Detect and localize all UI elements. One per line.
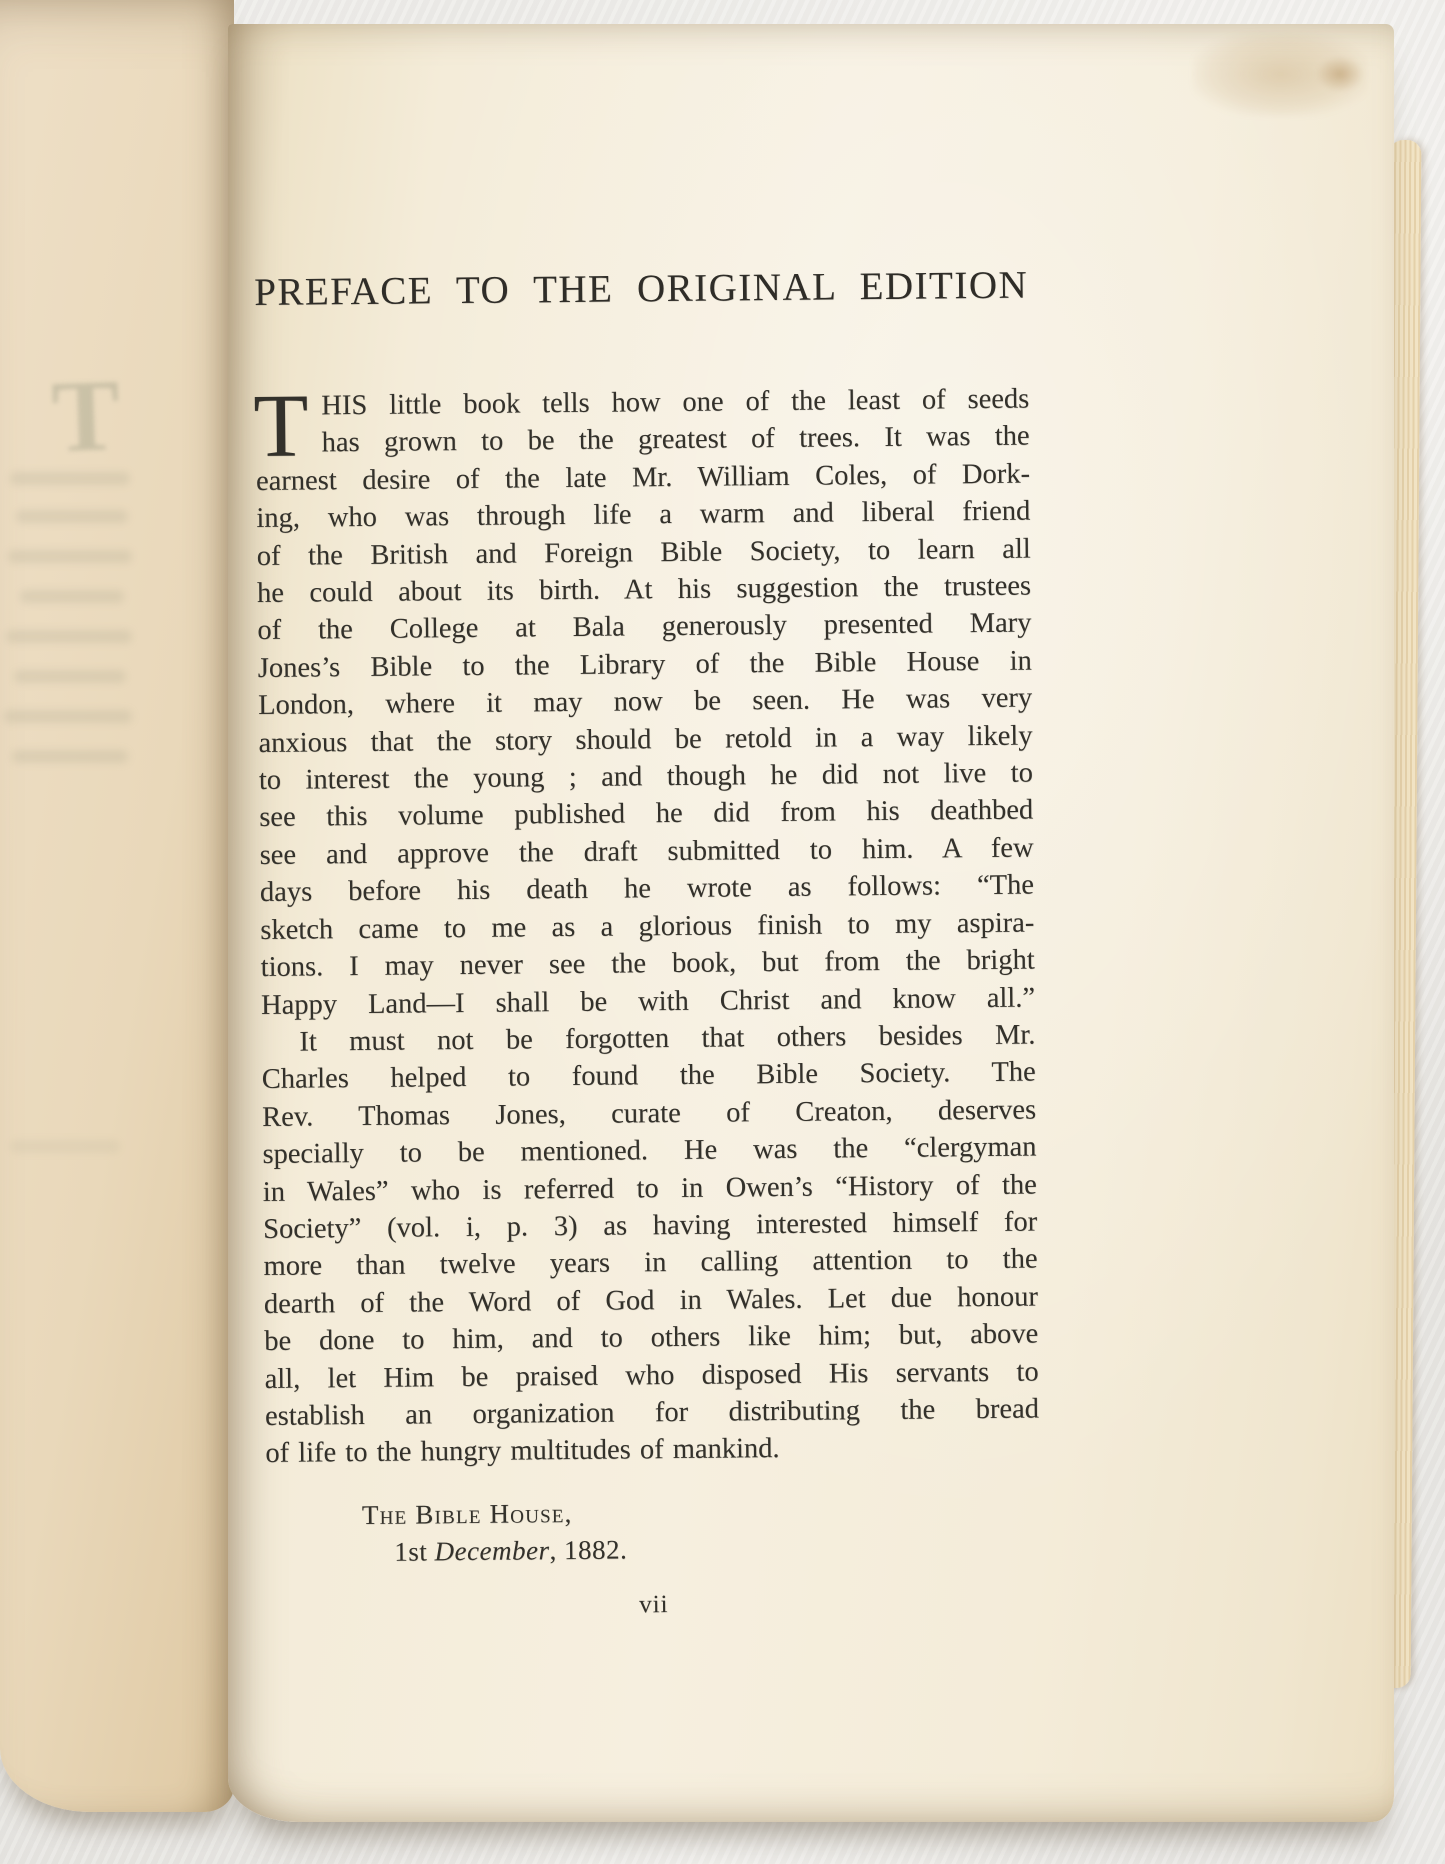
show-through-text bbox=[12, 750, 128, 763]
show-through-text bbox=[14, 670, 126, 683]
show-through-text bbox=[6, 630, 132, 643]
paragraph-1: T HIS little book tells how one of the l… bbox=[255, 381, 1035, 1024]
fox-stain bbox=[1316, 56, 1364, 92]
drop-cap: T bbox=[253, 389, 309, 464]
signature-date-day: 1st bbox=[394, 1536, 435, 1566]
show-through-text bbox=[10, 472, 130, 485]
text-line: establish an organization for distributi… bbox=[265, 1390, 1039, 1435]
page-title: PREFACE TO THE ORIGINAL EDITION bbox=[254, 263, 1028, 316]
signature-date-year: , 1882. bbox=[549, 1534, 627, 1565]
paragraph-2-lines: It must not be forgotten that others bes… bbox=[261, 1016, 1039, 1472]
show-through-text bbox=[4, 710, 132, 723]
show-through-text bbox=[10, 1140, 120, 1153]
signature-place: The Bible House, bbox=[362, 1493, 1040, 1531]
signature-date: 1st December, 1882. bbox=[362, 1530, 1040, 1568]
facing-page: T bbox=[0, 0, 234, 1812]
show-through-text bbox=[20, 590, 124, 603]
page-number: vii bbox=[267, 1587, 1041, 1622]
show-through-text bbox=[8, 550, 132, 563]
fox-stain bbox=[1193, 32, 1368, 116]
book-page: PREFACE TO THE ORIGINAL EDITION T HIS li… bbox=[228, 24, 1394, 1822]
book-photo: T PREFACE TO THE ORIGINAL EDITION T HIS … bbox=[0, 0, 1445, 1864]
signature-date-month: December bbox=[434, 1535, 549, 1566]
show-through-drop-cap: T bbox=[50, 365, 122, 469]
text-line: of life to the hungry multitudes of mank… bbox=[265, 1428, 1039, 1473]
show-through-text bbox=[16, 510, 128, 523]
signature-block: The Bible House, 1st December, 1882. bbox=[266, 1493, 1041, 1568]
page-content: PREFACE TO THE ORIGINAL EDITION T HIS li… bbox=[254, 263, 1041, 1623]
paragraph-2: It must not be forgotten that others bes… bbox=[261, 1016, 1039, 1472]
paragraph-1-lines: HIS little book tells how one of the lea… bbox=[255, 381, 1035, 1024]
